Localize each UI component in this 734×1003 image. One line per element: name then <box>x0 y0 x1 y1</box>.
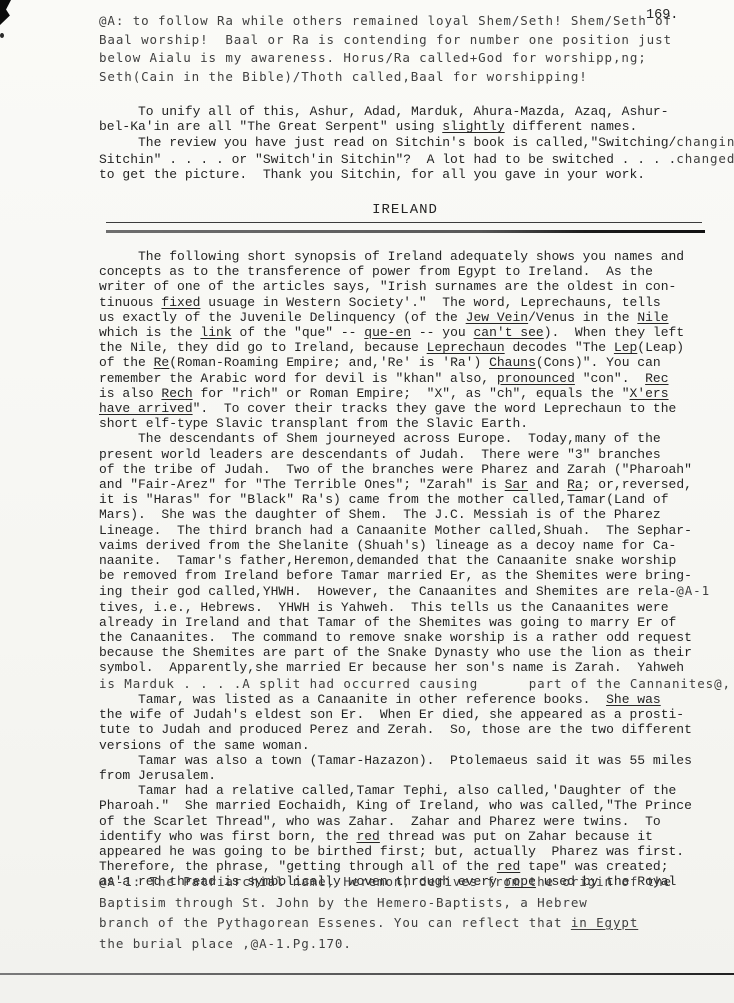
heading-divider-thin <box>106 222 702 223</box>
text-line: the Canaanites. The command to remove sn… <box>99 630 731 645</box>
text-line: Mars). She was the daughter of Shem. The… <box>99 507 731 522</box>
text-segment: versions of the same woman. <box>99 738 310 753</box>
text-line: short elf-type Slavic transplant from th… <box>99 416 731 431</box>
text-segment: The following short synopsis of Ireland … <box>99 249 684 264</box>
text-segment: Baptisim through St. John by the Hemero-… <box>99 895 588 910</box>
text-segment: Tamar had a relative called,Tamar Tephi,… <box>99 783 676 798</box>
text-line: versions of the same woman. <box>99 738 731 753</box>
text-segment: the Canaanites. The command to remove sn… <box>99 630 692 645</box>
text-segment: Rec <box>645 371 668 386</box>
text-segment: Lep <box>614 340 637 355</box>
text-segment: fixed <box>161 295 200 310</box>
intro-paragraph-block: To unify all of this, Ashur, Adad, Mardu… <box>99 104 734 182</box>
text-segment: short elf-type Slavic transplant from th… <box>99 416 528 431</box>
text-segment: from Jerusalem. <box>99 768 216 783</box>
text-segment: thread was put on Zahar because it <box>380 829 653 844</box>
text-segment: Nile <box>637 310 668 325</box>
text-segment: ing their god called,YHWH. However, the … <box>99 584 676 599</box>
text-segment: it is "Haras" for "Black" Ra's) came fro… <box>99 492 669 507</box>
heading-divider-thick <box>106 230 705 233</box>
text-segment: @A: to follow Ra while others remained l… <box>99 13 672 28</box>
text-line: The descendants of Shem journeyed across… <box>99 431 731 446</box>
text-segment: Tamar, was listed as a Canaanite in othe… <box>99 692 606 707</box>
text-line: already in Ireland and that Tamar of the… <box>99 615 731 630</box>
text-segment: remember the Arabic word for devil is "k… <box>99 371 497 386</box>
text-segment: (Cons)". You can <box>536 355 661 370</box>
text-segment: changing <box>676 134 734 149</box>
text-segment: of the Scarlet Thread", who was Zahar. Z… <box>99 814 661 829</box>
text-line: below Aialu is my awareness. Horus/Ra ca… <box>99 49 672 68</box>
text-segment: the burial place ,@A-1.Pg.170. <box>99 936 352 951</box>
text-segment: in Egypt <box>571 915 638 930</box>
text-segment: Pharoah." She married Eochaidh, King of … <box>99 798 692 813</box>
text-segment: tives, i.e., Hebrews. YHWH is Yahweh. Th… <box>99 600 669 615</box>
text-line: the Nile, they did go to Ireland, becaus… <box>99 340 731 355</box>
text-line: have arrived". To cover their tracks the… <box>99 401 731 416</box>
text-line: us exactly of the Juvenile Delinquency (… <box>99 310 731 325</box>
text-line: be removed from Ireland before Tamar mar… <box>99 568 731 583</box>
text-line: it is "Haras" for "Black" Ra's) came fro… <box>99 492 731 507</box>
text-segment: Jew Vein <box>466 310 528 325</box>
text-segment: can't see <box>474 325 544 340</box>
text-segment: Seth(Cain in the Bible)/Thoth called,Baa… <box>99 69 588 84</box>
text-line: vaims derived from the Shelanite (Shuah'… <box>99 538 731 553</box>
text-segment: pronounced <box>497 371 575 386</box>
text-segment: identify who was first born, the <box>99 829 356 844</box>
text-line: Seth(Cain in the Bible)/Thoth called,Baa… <box>99 68 672 87</box>
header-annotation-block: @A: to follow Ra while others remained l… <box>99 12 672 86</box>
text-line: Baptisim through St. John by the Hemero-… <box>99 893 672 914</box>
text-segment: ; or,reversed, <box>583 477 692 492</box>
text-segment: She was <box>606 692 661 707</box>
text-line: branch of the Pythagorean Essenes. You c… <box>99 913 672 934</box>
text-segment: /Venus in the <box>528 310 637 325</box>
text-segment: Ra <box>567 477 583 492</box>
text-line: symbol. Apparently,she married Er becaus… <box>99 660 731 675</box>
text-segment: of the "que" -- <box>232 325 365 340</box>
text-segment: because the Shemites are part of the Sna… <box>99 645 692 660</box>
text-line: @A-1: The Patriarchial name, Heremon, de… <box>99 872 672 893</box>
scan-artifact <box>0 33 4 38</box>
text-line: the wife of Judah's eldest son Er. When … <box>99 707 731 722</box>
text-segment: vaims derived from the Shelanite (Shuah'… <box>99 538 676 553</box>
text-segment: The review you have just read on Sitchin… <box>99 135 676 150</box>
text-segment: present world leaders are descendants of… <box>99 447 661 462</box>
text-line: The following short synopsis of Ireland … <box>99 249 731 264</box>
text-line: is Marduk . . . .A split had occurred ca… <box>99 676 731 692</box>
text-segment: tinuous <box>99 295 161 310</box>
text-segment: be removed from Ireland before Tamar mar… <box>99 568 692 583</box>
section-heading: IRELAND <box>108 202 702 218</box>
text-segment: decodes "The <box>505 340 614 355</box>
text-line: appeared he was going to be birthed firs… <box>99 844 731 859</box>
text-segment: for "rich" or Roman Empire; "X", as "ch"… <box>193 386 630 401</box>
text-segment: which is the <box>99 325 200 340</box>
text-segment: different names. <box>505 119 638 134</box>
text-line: of the Re(Roman-Roaming Empire; and,'Re'… <box>99 355 731 370</box>
text-segment: que-en <box>364 325 411 340</box>
text-segment: Mars). She was the daughter of Shem. The… <box>99 507 661 522</box>
text-line: ing their god called,YHWH. However, the … <box>99 583 731 599</box>
text-segment: of the tribe of Judah. Two of the branch… <box>99 462 692 477</box>
bottom-divider <box>0 973 734 975</box>
text-line: Baal worship! Baal or Ra is contending f… <box>99 31 672 50</box>
text-segment: of the <box>99 355 154 370</box>
text-segment: To unify all of this, Ashur, Adad, Mardu… <box>99 104 669 119</box>
text-segment: Leprechaun <box>427 340 505 355</box>
text-segment: ". To cover their tracks they gave the w… <box>193 401 677 416</box>
text-segment: below Aialu is my awareness. Horus/Ra ca… <box>99 50 647 65</box>
text-segment: and "Fair-Arez" for "The Terrible Ones";… <box>99 477 505 492</box>
text-line: of the Scarlet Thread", who was Zahar. Z… <box>99 814 731 829</box>
text-segment: usuage in Western Society'." The word, L… <box>200 295 660 310</box>
text-segment: slightly <box>442 119 504 134</box>
text-line: tives, i.e., Hebrews. YHWH is Yahweh. Th… <box>99 600 731 615</box>
text-segment: The descendants of Shem journeyed across… <box>99 431 661 446</box>
text-segment: red <box>356 829 379 844</box>
text-segment: Lineage. The third branch had a Canaanit… <box>99 523 692 538</box>
text-line: The review you have just read on Sitchin… <box>99 134 734 150</box>
text-line: @A: to follow Ra while others remained l… <box>99 12 672 31</box>
text-segment: Chauns <box>489 355 536 370</box>
text-segment: (Leap) <box>637 340 684 355</box>
scan-artifact <box>0 0 11 25</box>
text-line: Pharoah." She married Eochaidh, King of … <box>99 798 731 813</box>
text-segment: have arrived <box>99 401 193 416</box>
text-line: is also Rech for "rich" or Roman Empire;… <box>99 386 731 401</box>
text-segment: @A-1: The Patriarchial name, Heremon, de… <box>99 874 672 889</box>
text-segment: is also <box>99 386 161 401</box>
text-segment: symbol. Apparently,she married Er becaus… <box>99 660 684 675</box>
text-line: of the tribe of Judah. Two of the branch… <box>99 462 731 477</box>
text-segment: Re <box>154 355 170 370</box>
text-segment: Sar <box>505 477 528 492</box>
text-segment: is Marduk . . . .A split had occurred ca… <box>99 676 731 691</box>
text-segment: -- you <box>411 325 473 340</box>
text-line: tinuous fixed usuage in Western Society'… <box>99 295 731 310</box>
text-line: Tamar had a relative called,Tamar Tephi,… <box>99 783 731 798</box>
text-line: remember the Arabic word for devil is "k… <box>99 371 731 386</box>
text-segment: to get the picture. Thank you Sitchin, f… <box>99 167 645 182</box>
text-segment: ). When they left <box>544 325 684 340</box>
text-line: and "Fair-Arez" for "The Terrible Ones";… <box>99 477 731 492</box>
text-segment: bel-Ka'in are all "The Great Serpent" us… <box>99 119 442 134</box>
main-body-block: The following short synopsis of Ireland … <box>99 249 731 890</box>
text-line: Tamar was also a town (Tamar-Hazazon). P… <box>99 753 731 768</box>
text-segment: "con". <box>575 371 645 386</box>
text-segment: and <box>528 477 567 492</box>
text-line: Tamar, was listed as a Canaanite in othe… <box>99 692 731 707</box>
text-segment: changed <box>676 151 734 166</box>
text-line: naanite. Tamar's father,Heremon,demanded… <box>99 553 731 568</box>
text-segment: appeared he was going to be birthed firs… <box>99 844 684 859</box>
text-line: tute to Judah and produced Perez and Zer… <box>99 722 731 737</box>
text-segment: link <box>200 325 231 340</box>
text-segment: writer of one of the articles says, "Iri… <box>99 279 676 294</box>
text-segment: branch of the Pythagorean Essenes. You c… <box>99 915 571 930</box>
text-line: To unify all of this, Ashur, Adad, Mardu… <box>99 104 734 119</box>
text-segment: Tamar was also a town (Tamar-Hazazon). P… <box>99 753 692 768</box>
text-line: to get the picture. Thank you Sitchin, f… <box>99 167 734 182</box>
text-segment: concepts as to the transference of power… <box>99 264 653 279</box>
text-segment: already in Ireland and that Tamar of the… <box>99 615 676 630</box>
text-segment: Rech <box>161 386 192 401</box>
text-segment: X'ers <box>630 386 669 401</box>
text-segment: (Roman-Roaming Empire; and,'Re' is 'Ra') <box>169 355 489 370</box>
footnote-block: @A-1: The Patriarchial name, Heremon, de… <box>99 872 672 954</box>
text-line: Lineage. The third branch had a Canaanit… <box>99 523 731 538</box>
text-line: which is the link of the "que" -- que-en… <box>99 325 731 340</box>
text-line: present world leaders are descendants of… <box>99 447 731 462</box>
text-line: the burial place ,@A-1.Pg.170. <box>99 934 672 955</box>
text-line: Sitchin" . . . . or "Switch'in Sitchin"?… <box>99 151 734 167</box>
text-segment: @A-1 <box>676 583 710 598</box>
text-line: because the Shemites are part of the Sna… <box>99 645 731 660</box>
text-line: writer of one of the articles says, "Iri… <box>99 279 731 294</box>
text-segment: tute to Judah and produced Perez and Zer… <box>99 722 692 737</box>
text-segment: the Nile, they did go to Ireland, becaus… <box>99 340 427 355</box>
scanned-page: 169. @A: to follow Ra while others remai… <box>0 0 734 1003</box>
text-segment: the wife of Judah's eldest son Er. When … <box>99 707 684 722</box>
text-line: identify who was first born, the red thr… <box>99 829 731 844</box>
text-line: bel-Ka'in are all "The Great Serpent" us… <box>99 119 734 134</box>
text-segment: Baal worship! Baal or Ra is contending f… <box>99 32 672 47</box>
text-segment: us exactly of the Juvenile Delinquency (… <box>99 310 466 325</box>
text-line: concepts as to the transference of power… <box>99 264 731 279</box>
text-line: from Jerusalem. <box>99 768 731 783</box>
text-segment: Sitchin" . . . . or "Switch'in Sitchin"?… <box>99 152 676 167</box>
text-segment: naanite. Tamar's father,Heremon,demanded… <box>99 553 676 568</box>
